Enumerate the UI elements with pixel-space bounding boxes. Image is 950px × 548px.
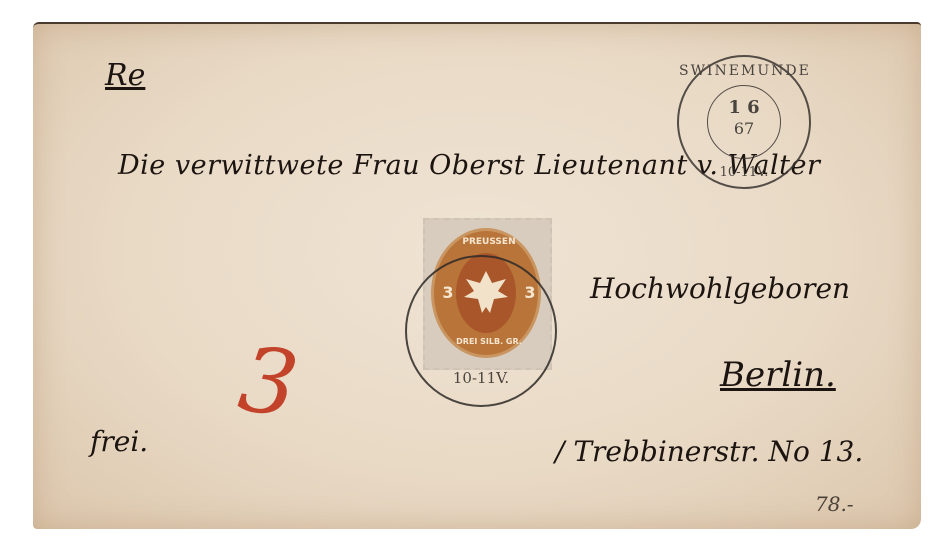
address-line-2: Hochwohlgeboren (590, 272, 850, 305)
price-note: 78.- (815, 492, 854, 516)
postmark-swinemunde: SWINEMUNDE 1 6 67 10-11V. (677, 55, 811, 189)
postmark-on-stamp: 10-11V. (405, 255, 557, 407)
corner-notation: Re (105, 58, 145, 93)
stamp-country: PREUSSEN (434, 237, 544, 247)
postmark-date: 1 6 (714, 97, 774, 118)
postmark-year: 67 (714, 119, 774, 138)
address-line-3: Berlin. (720, 355, 836, 395)
address-line-4: / Trebbinerstr. No 13. (555, 435, 863, 468)
postmark-town: SWINEMUNDE (679, 63, 809, 79)
frei-note: frei. (90, 425, 148, 458)
postmark-stamp-time: 10-11V. (441, 369, 521, 387)
postmark-time: 10-11V. (709, 165, 779, 180)
